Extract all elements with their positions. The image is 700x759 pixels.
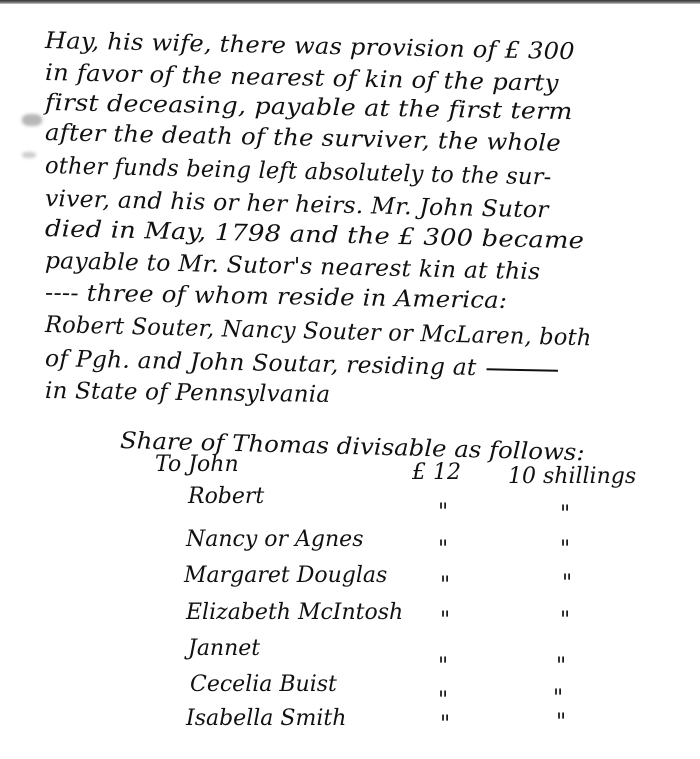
table-row: Cecelia Buist " " (0, 672, 700, 702)
table-row: Jannet " " (0, 636, 700, 666)
text-line: Hay, his wife, there was provision of £ … (45, 28, 575, 65)
table-row: Nancy or Agnes " " (0, 527, 700, 557)
pounds-amount: " (440, 573, 450, 598)
table-row: Margaret Douglas " " (0, 563, 700, 593)
shillings-amount: " (562, 571, 572, 596)
text-line: Robert Souter, Nancy Souter or McLaren, … (45, 312, 592, 351)
recipient-name: To John (155, 452, 239, 477)
recipient-name: Cecelia Buist (190, 672, 337, 697)
recipient-name: Isabella Smith (186, 706, 346, 731)
text-line-content: of Pgh. and John Soutar, residing at (45, 346, 477, 381)
text-line: other funds being left absolutely to the… (45, 153, 552, 190)
blank-underline (487, 368, 558, 371)
pounds-amount: " (438, 500, 448, 525)
text-line: ---- three of whom reside in America: (45, 280, 508, 314)
recipient-name: Jannet (188, 636, 260, 661)
table-row: Isabella Smith " " (0, 706, 700, 736)
text-line: payable to Mr. Sutor's nearest kin at th… (45, 248, 541, 285)
pounds-amount: " (440, 608, 450, 633)
text-line: of Pgh. and John Soutar, residing at (45, 346, 559, 383)
shillings-amount: " (560, 537, 570, 562)
shillings-amount: " (560, 502, 570, 527)
recipient-name: Elizabeth McIntosh (186, 600, 403, 625)
table-row: Robert " " (0, 484, 700, 514)
shillings-amount: " (556, 710, 566, 735)
recipient-name: Nancy or Agnes (186, 527, 363, 552)
text-line: in State of Pennsylvania (45, 378, 331, 408)
recipient-name: Robert (188, 484, 264, 509)
scan-smudge (22, 114, 42, 126)
pounds-amount: " (438, 537, 448, 562)
shillings-amount: " (560, 608, 570, 633)
recipient-name: Margaret Douglas (184, 563, 387, 588)
pounds-amount: " (440, 712, 450, 737)
table-row: To John £ 12 10 shillings (0, 452, 700, 482)
table-row: Elizabeth McIntosh " " (0, 600, 700, 630)
pounds-amount: £ 12 (412, 460, 461, 485)
scan-top-border (0, 0, 700, 4)
scan-smudge (22, 152, 36, 158)
text-line: after the death of the surviver, the who… (45, 120, 561, 157)
